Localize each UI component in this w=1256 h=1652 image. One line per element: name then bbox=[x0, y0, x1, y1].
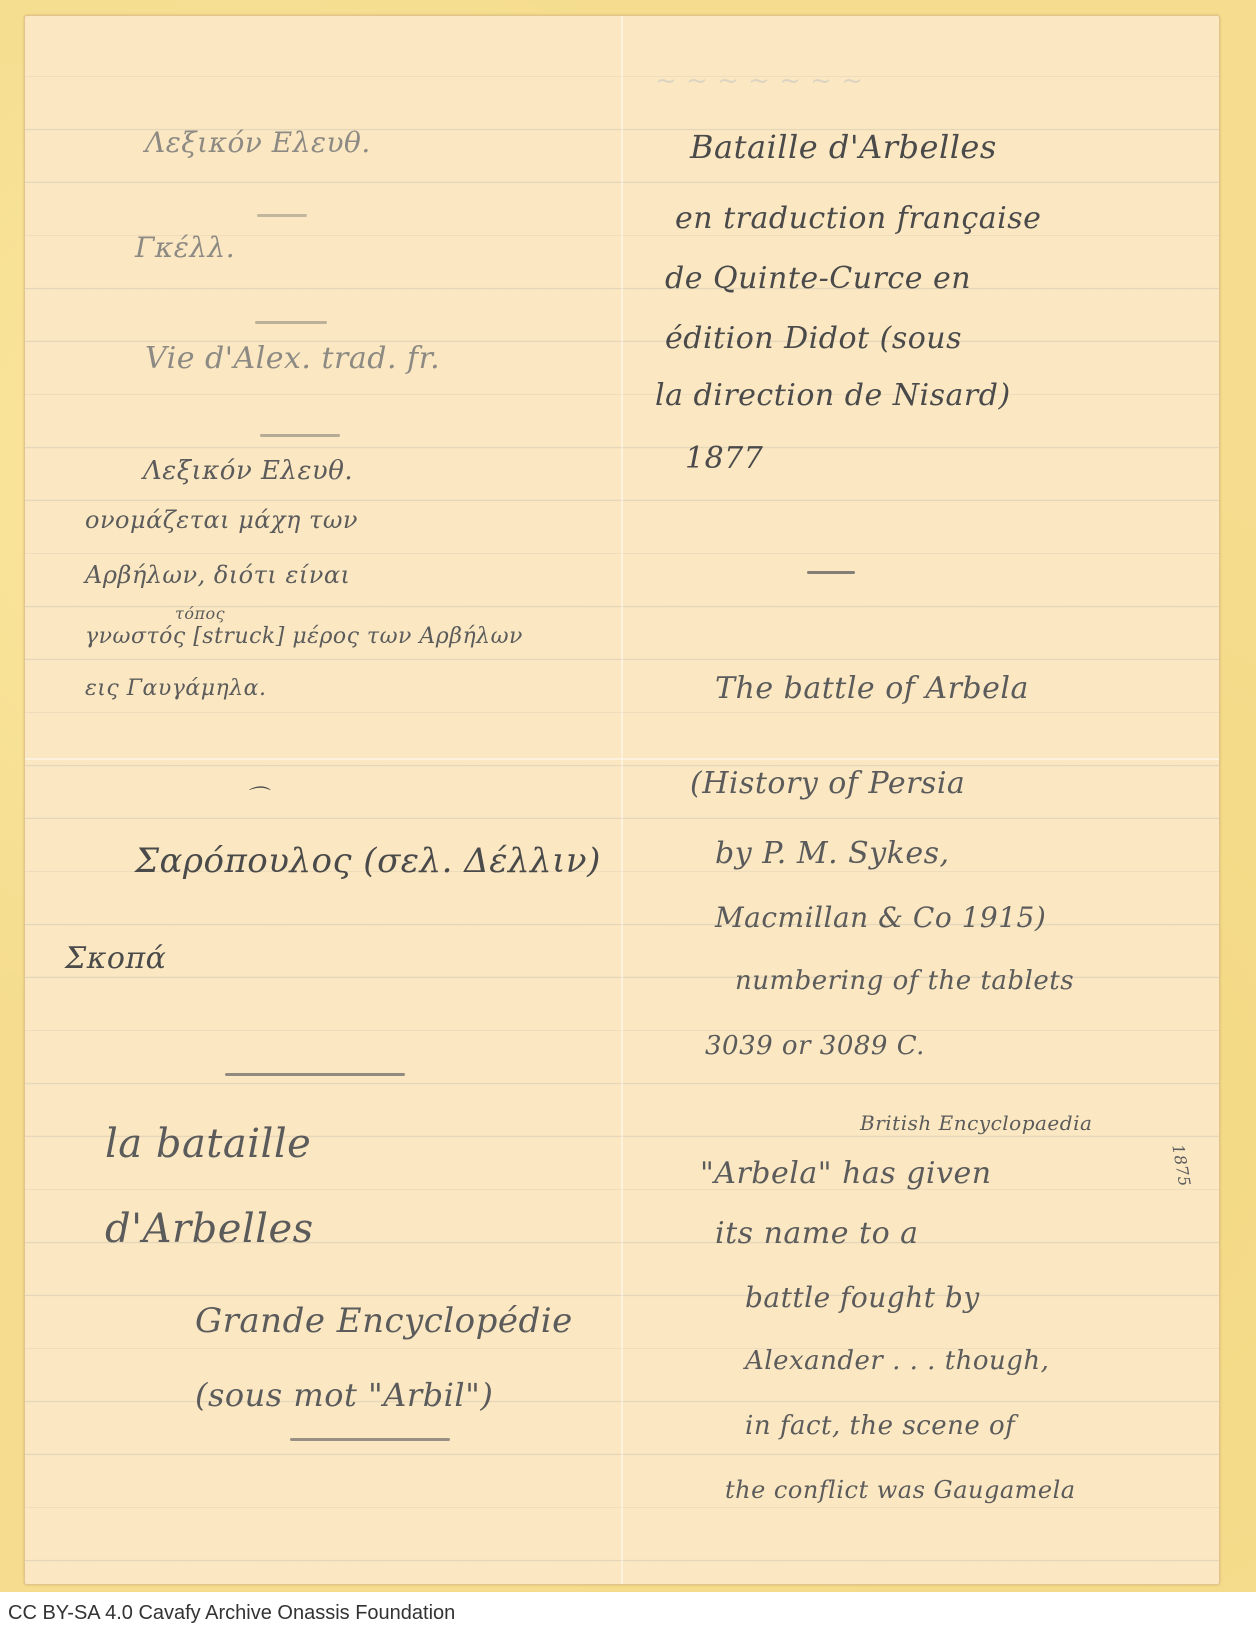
note-line: Σαρόπουλος (σελ. Δέλλιν) bbox=[135, 841, 601, 881]
note-line: d'Arbelles bbox=[105, 1206, 314, 1252]
note-line: by P. M. Sykes, bbox=[715, 836, 950, 871]
note-line: Macmillan & Co 1915) bbox=[715, 901, 1046, 934]
note-line: εις Γαυγάμηλα. bbox=[85, 676, 267, 701]
note-line: Σκοπά bbox=[65, 941, 166, 976]
note-line: édition Didot (sous bbox=[665, 321, 962, 356]
note-line: la bataille bbox=[105, 1121, 311, 1167]
bleed-through-text: ~ ~ ~ ~ ~ ~ ~ bbox=[655, 66, 864, 96]
note-line: 3039 or 3089 C. bbox=[705, 1031, 925, 1061]
horizontal-fold-line bbox=[25, 758, 1219, 760]
note-line: Grande Encyclopédie bbox=[195, 1301, 573, 1341]
note-line: Λεξικόν Ελευθ. bbox=[143, 456, 353, 486]
flourish-mark: ⌒ bbox=[245, 781, 268, 812]
note-line: en traduction française bbox=[675, 201, 1041, 236]
interlinear-insertion: τόπος bbox=[175, 604, 225, 623]
note-line: Vie d'Alex. trad. fr. bbox=[145, 341, 440, 376]
note-line: its name to a bbox=[715, 1216, 919, 1251]
marginal-note: 1875 bbox=[1168, 1143, 1194, 1188]
note-line: (History of Persia bbox=[690, 766, 965, 801]
note-line: Αρβήλων, διότι είναι bbox=[85, 561, 350, 589]
note-line: the conflict was Gaugamela bbox=[725, 1476, 1076, 1504]
separator-dash bbox=[260, 434, 340, 437]
separator-dash bbox=[225, 1073, 405, 1076]
note-line: (sous mot "Arbil") bbox=[195, 1376, 493, 1414]
note-line: in fact, the scene of bbox=[745, 1411, 1015, 1441]
note-line: 1877 bbox=[685, 441, 763, 476]
separator-dash bbox=[807, 571, 855, 574]
license-credit: CC BY-SA 4.0 Cavafy Archive Onassis Foun… bbox=[8, 1602, 455, 1625]
note-line: γνωστός [struck] μέρος των Αρβήλων bbox=[85, 624, 523, 649]
note-line: de Quinte-Curce en bbox=[665, 261, 971, 296]
manuscript-page: ~ ~ ~ ~ ~ ~ ~ Λεξικόν Ελευθ. Γκέλλ. Vie … bbox=[24, 15, 1220, 1585]
note-line: Bataille d'Arbelles bbox=[690, 128, 997, 166]
note-line: Alexander . . . though, bbox=[745, 1346, 1049, 1376]
note-line: la direction de Nisard) bbox=[655, 378, 1011, 413]
note-line: Λεξικόν Ελευθ. bbox=[145, 126, 371, 159]
separator-dash bbox=[290, 1438, 450, 1441]
vertical-fold-line bbox=[621, 16, 623, 1584]
note-line: The battle of Arbela bbox=[715, 671, 1029, 706]
note-line: ονομάζεται μάχη των bbox=[85, 506, 358, 534]
interlinear-insertion: British Encyclopaedia bbox=[860, 1111, 1092, 1135]
note-line: "Arbela" has given bbox=[700, 1156, 992, 1191]
note-line: battle fought by bbox=[745, 1281, 980, 1314]
separator-dash bbox=[255, 321, 327, 324]
note-line: Γκέλλ. bbox=[135, 231, 235, 264]
separator-dash bbox=[257, 214, 307, 217]
note-line: numbering of the tablets bbox=[735, 966, 1074, 996]
